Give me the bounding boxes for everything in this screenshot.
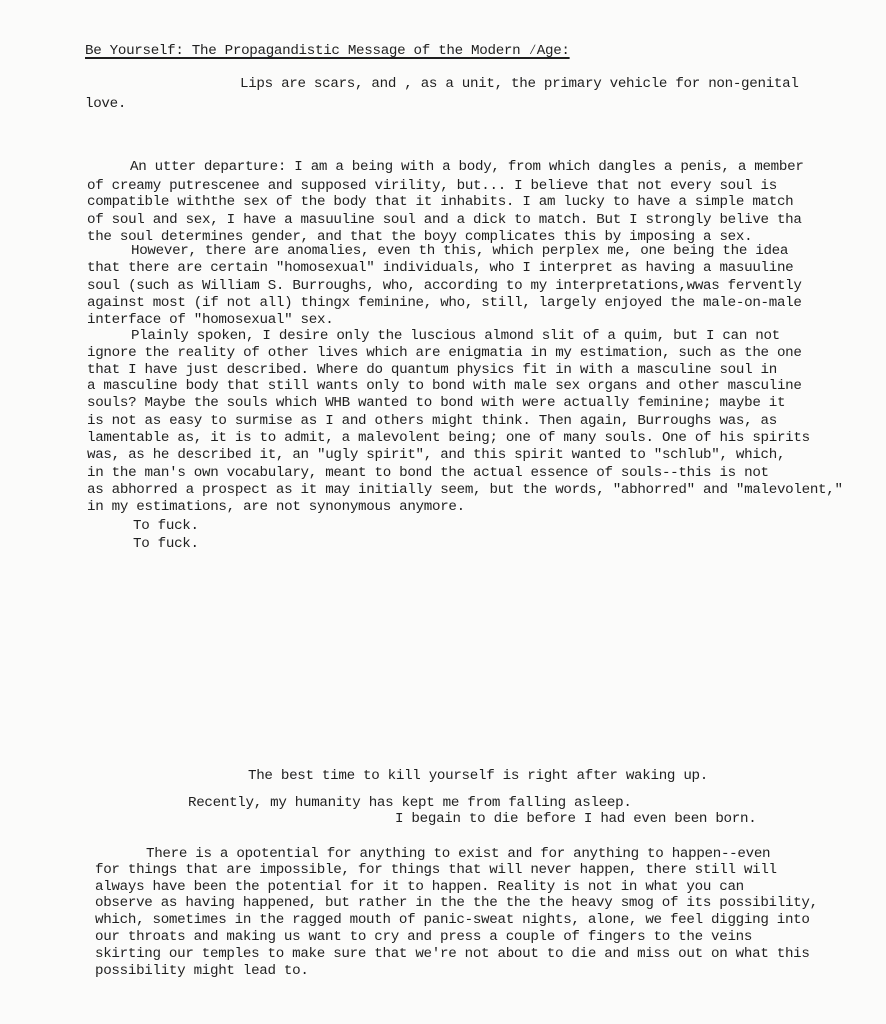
paragraph-line: However, there are anomalies, even th th…: [131, 243, 788, 259]
paragraph-line: lamentable as, it is to admit, a malevol…: [87, 430, 810, 446]
paragraph-line: I begain to die before I had even been b…: [395, 811, 756, 827]
paragraph-line: for things that are impossible, for thin…: [95, 862, 777, 878]
epigraph-line: Lips are scars, and , as a unit, the pri…: [240, 76, 799, 92]
paragraph-line: observe as having happened, but rather i…: [95, 895, 818, 911]
paragraph-line: in the man's own vocabulary, meant to bo…: [87, 465, 769, 481]
paragraph-line: soul (such as William S. Burroughs, who,…: [87, 278, 802, 294]
paragraph-line: always have been the potential for it to…: [95, 879, 744, 895]
paragraph-line: of creamy putrescenee and supposed viril…: [87, 178, 777, 194]
paragraph-line: of soul and sex, I have a masuuline soul…: [87, 212, 802, 228]
paragraph-line: is not as easy to surmise as I and other…: [87, 413, 777, 429]
paragraph-line: skirting our temples to make sure that w…: [95, 946, 810, 962]
paragraph-line: was, as he described it, an "ugly spirit…: [87, 447, 785, 463]
paragraph-line: An utter departure: I am a being with a …: [130, 159, 804, 175]
typewritten-page: Be Yourself: The Propagandistic Message …: [0, 0, 886, 1024]
paragraph-line: in my estimations, are not synonymous an…: [87, 499, 465, 515]
paragraph-line: The best time to kill yourself is right …: [248, 768, 708, 784]
paragraph-line: souls? Maybe the souls which WHB wanted …: [87, 395, 785, 411]
paragraph-line: that there are certain "homosexual" indi…: [87, 260, 793, 276]
paragraph-line: our throats and making us want to cry an…: [95, 929, 752, 945]
paragraph-line: a masculine body that still wants only t…: [87, 378, 802, 394]
epigraph-line: love.: [85, 96, 126, 112]
paragraph-line: possibility might lead to.: [95, 963, 309, 979]
paragraph-line: To fuck.: [133, 536, 199, 552]
paragraph-line: against most (if not all) thingx feminin…: [87, 295, 802, 311]
paragraph-line: interface of "homosexual" sex.: [87, 312, 333, 328]
document-title: Be Yourself: The Propagandistic Message …: [85, 43, 570, 59]
paragraph-line: compatible withthe sex of the body that …: [87, 194, 793, 210]
paragraph-line: ignore the reality of other lives which …: [87, 345, 802, 361]
paragraph-line: as abhorred a prospect as it may initial…: [87, 482, 843, 498]
paragraph-line: To fuck.: [133, 518, 199, 534]
paragraph-line: that I have just described. Where do qua…: [87, 362, 777, 378]
paragraph-line: Recently, my humanity has kept me from f…: [188, 795, 632, 811]
paragraph-line: which, sometimes in the ragged mouth of …: [95, 912, 810, 928]
paragraph-line: Plainly spoken, I desire only the luscio…: [131, 328, 780, 344]
paragraph-line: There is a opotential for anything to ex…: [146, 846, 770, 862]
